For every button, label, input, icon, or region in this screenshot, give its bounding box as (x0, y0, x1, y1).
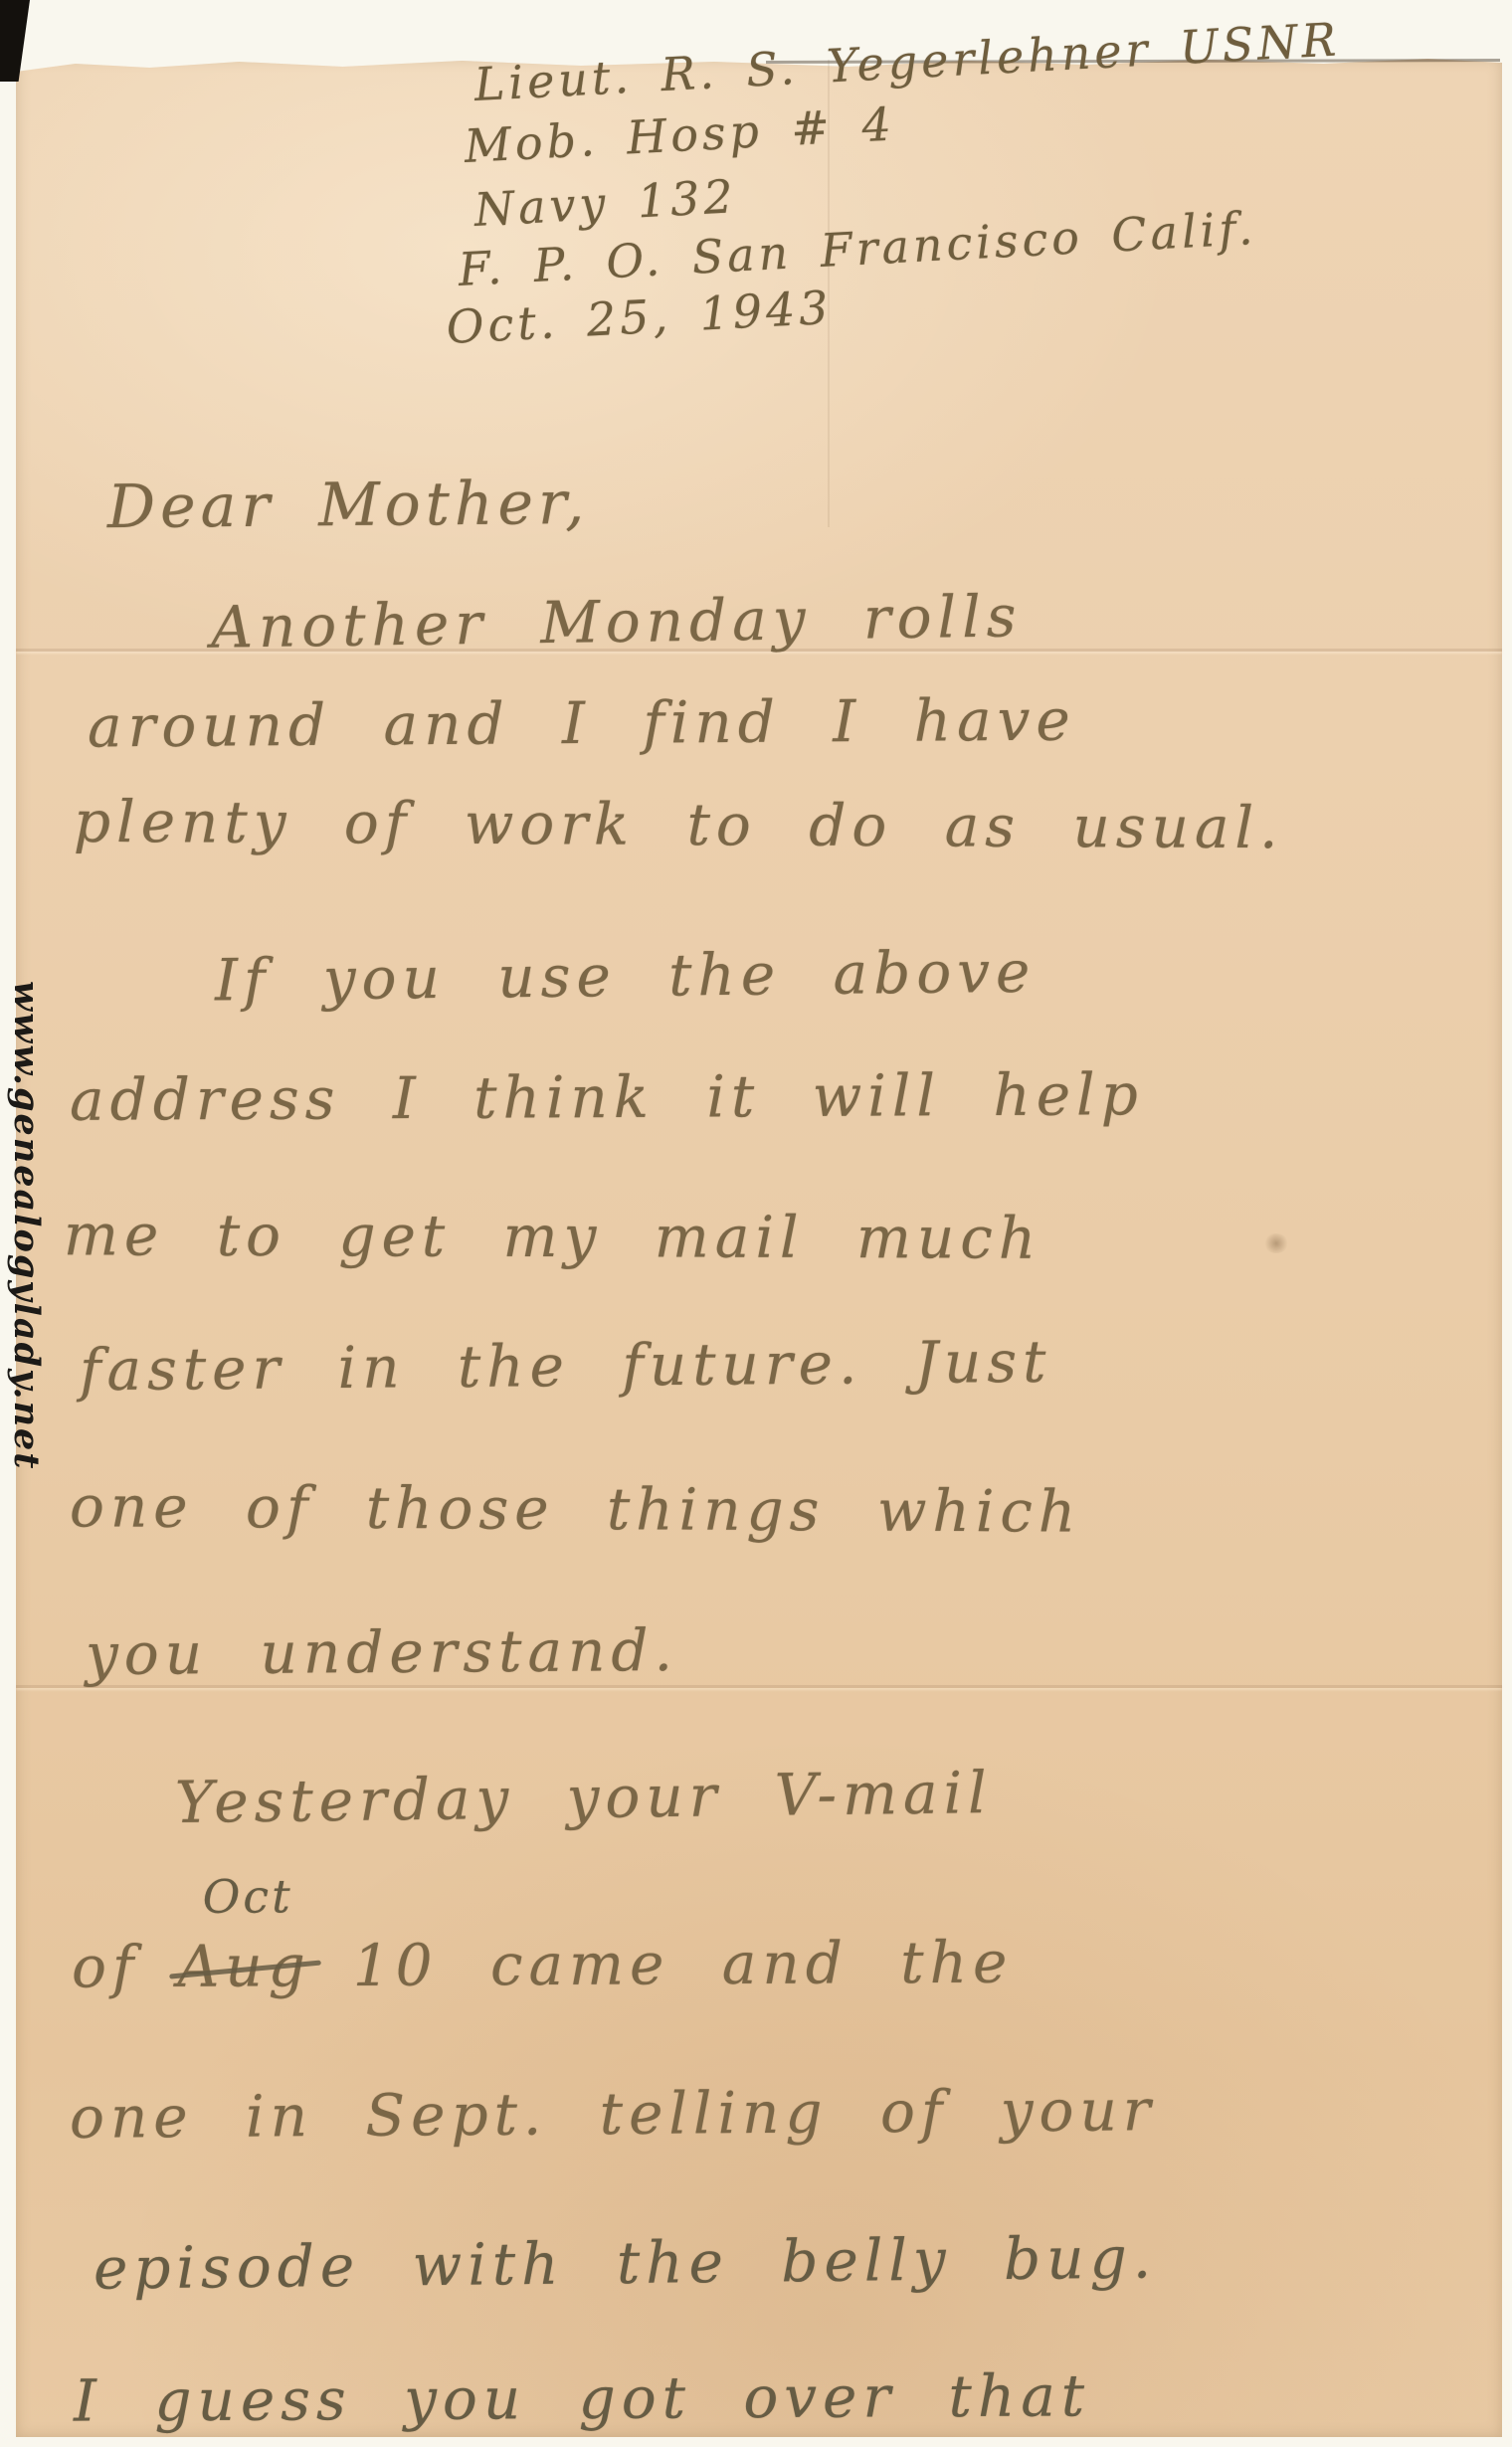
handwritten-line: I guess you got over that (74, 2366, 1090, 2429)
correction-prefix: of (72, 1933, 140, 2000)
handwritten-line-with-correction: ofAug10 came and the Oct (72, 1934, 1014, 1996)
watermark-text: www.genealogylady.net (6, 981, 47, 1498)
paper-stain (1263, 1233, 1289, 1253)
header-line-navy: Navy 132 (473, 173, 738, 233)
salutation: Dear Mother, (107, 473, 590, 537)
handwritten-line: you understand. (86, 1621, 678, 1683)
handwritten-line: faster in the future. Just (80, 1333, 1052, 1400)
handwritten-line: Another Monday rolls (211, 587, 1023, 656)
handwritten-line: plenty of work to do as usual. (74, 793, 1284, 856)
correction-rest: 10 came and the (353, 1934, 1014, 1994)
handwritten-line: around and I find I have (88, 691, 1076, 756)
handwritten-line: episode with the belly bug. (94, 2228, 1158, 2297)
handwritten-line: If you use the above (215, 943, 1037, 1010)
handwritten-line: me to get my mail much (64, 1206, 1041, 1266)
struck-word: Aug (177, 1937, 311, 1995)
handwritten-line: one of those things which (70, 1477, 1082, 1540)
scanned-letter: Lieut. R. S. Yegerlehner USNR Mob. Hosp … (0, 0, 1512, 2447)
handwritten-line: Yesterday your V-mail (175, 1764, 993, 1831)
handwritten-line: address I think it will help (70, 1065, 1144, 1129)
inserted-word: Oct (203, 1873, 293, 1919)
scan-corner-mark (0, 0, 30, 82)
handwritten-line: one in Sept. telling of your (70, 2081, 1157, 2147)
